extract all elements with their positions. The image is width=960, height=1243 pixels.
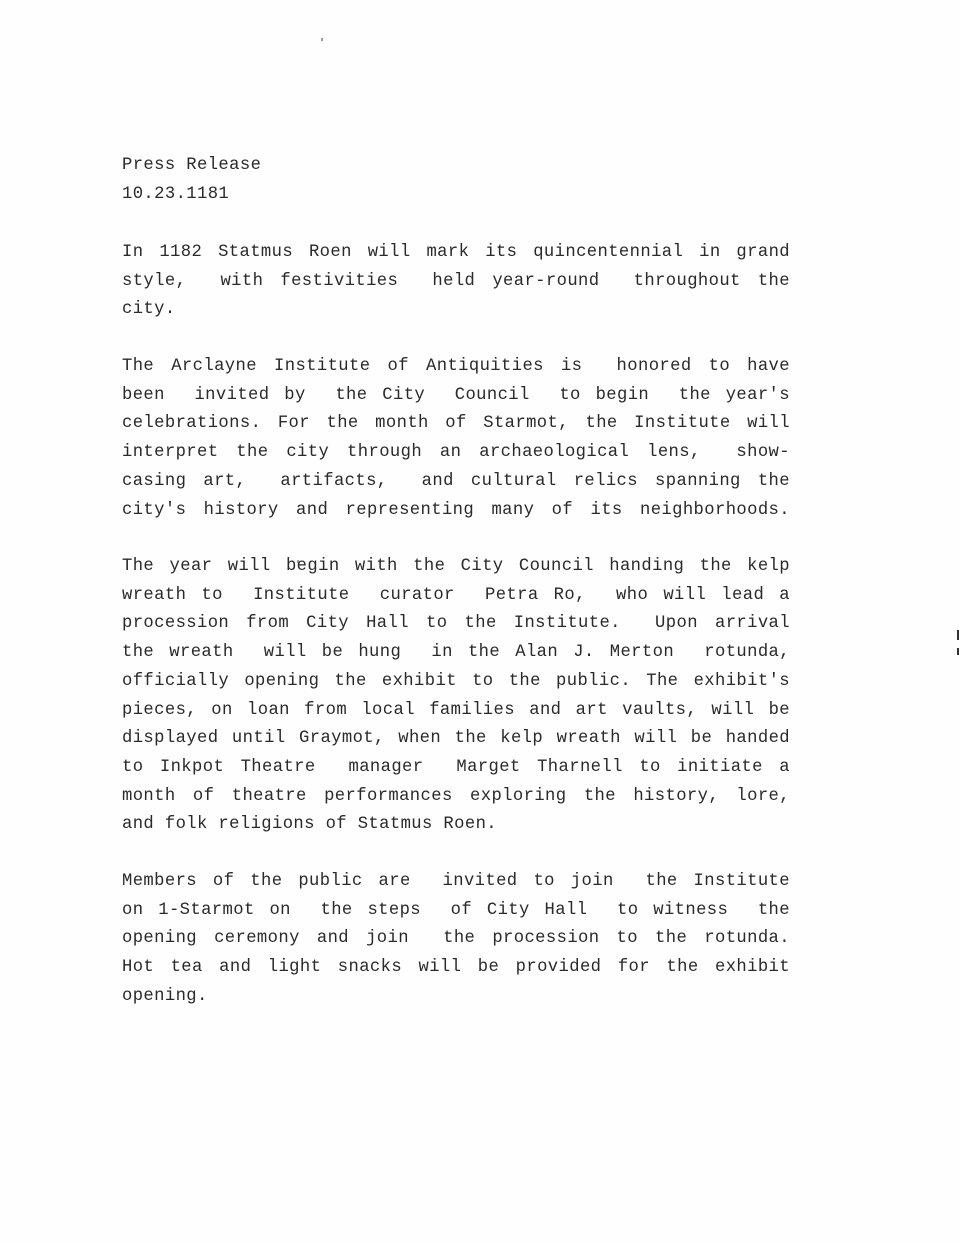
text-line: The Arclayne Institute of Antiquities is… [122,353,790,382]
text-line: on 1-Starmot on the steps of City Hall t… [122,897,790,926]
paragraph-public-invitation: Members of the public are invited to joi… [122,868,790,1012]
text-line: displayed until Graymot, when the kelp w… [122,725,790,754]
release-date: 10.23.1181 [122,181,261,210]
text-line: opening ceremony and join the procession… [122,925,790,954]
text-line: officially opening the exhibit to the pu… [122,668,790,697]
paragraph-announcement: In 1182 Statmus Roen will mark its quinc… [122,239,790,325]
text-line: city. [122,296,790,325]
text-line: been invited by the City Council to begi… [122,382,790,411]
text-line: interpret the city through an archaeolog… [122,439,790,468]
text-line: style, with festivities held year-round … [122,268,790,297]
paragraph-institute: The Arclayne Institute of Antiquities is… [122,353,790,525]
text-line: casing art, artifacts, and cultural reli… [122,468,790,497]
text-line: opening. [122,983,790,1012]
text-line: Hot tea and light snacks will be provide… [122,954,790,983]
text-line: city's history and representing many of … [122,497,790,526]
scan-edge-mark [957,630,959,640]
text-line: celebrations. For the month of Starmot, … [122,410,790,439]
document-title: Press Release [122,152,261,181]
text-line: the wreath will be hung in the Alan J. M… [122,639,790,668]
text-line: pieces, on loan from local families and … [122,697,790,726]
text-line: The year will begin with the City Counci… [122,553,790,582]
text-line: Members of the public are invited to joi… [122,868,790,897]
paper-speck [321,38,323,41]
scan-edge-mark [957,648,959,655]
text-line: and folk religions of Statmus Roen. [122,811,790,840]
text-line: month of theatre performances exploring … [122,783,790,812]
release-header: Press Release 10.23.1181 [122,152,261,209]
text-line: In 1182 Statmus Roen will mark its quinc… [122,239,790,268]
document-page: Press Release 10.23.1181 In 1182 Statmus… [0,0,960,1243]
text-line: to Inkpot Theatre manager Marget Tharnel… [122,754,790,783]
text-line: wreath to Institute curator Petra Ro, wh… [122,582,790,611]
text-line: procession from City Hall to the Institu… [122,610,790,639]
paragraph-schedule: The year will begin with the City Counci… [122,553,790,840]
